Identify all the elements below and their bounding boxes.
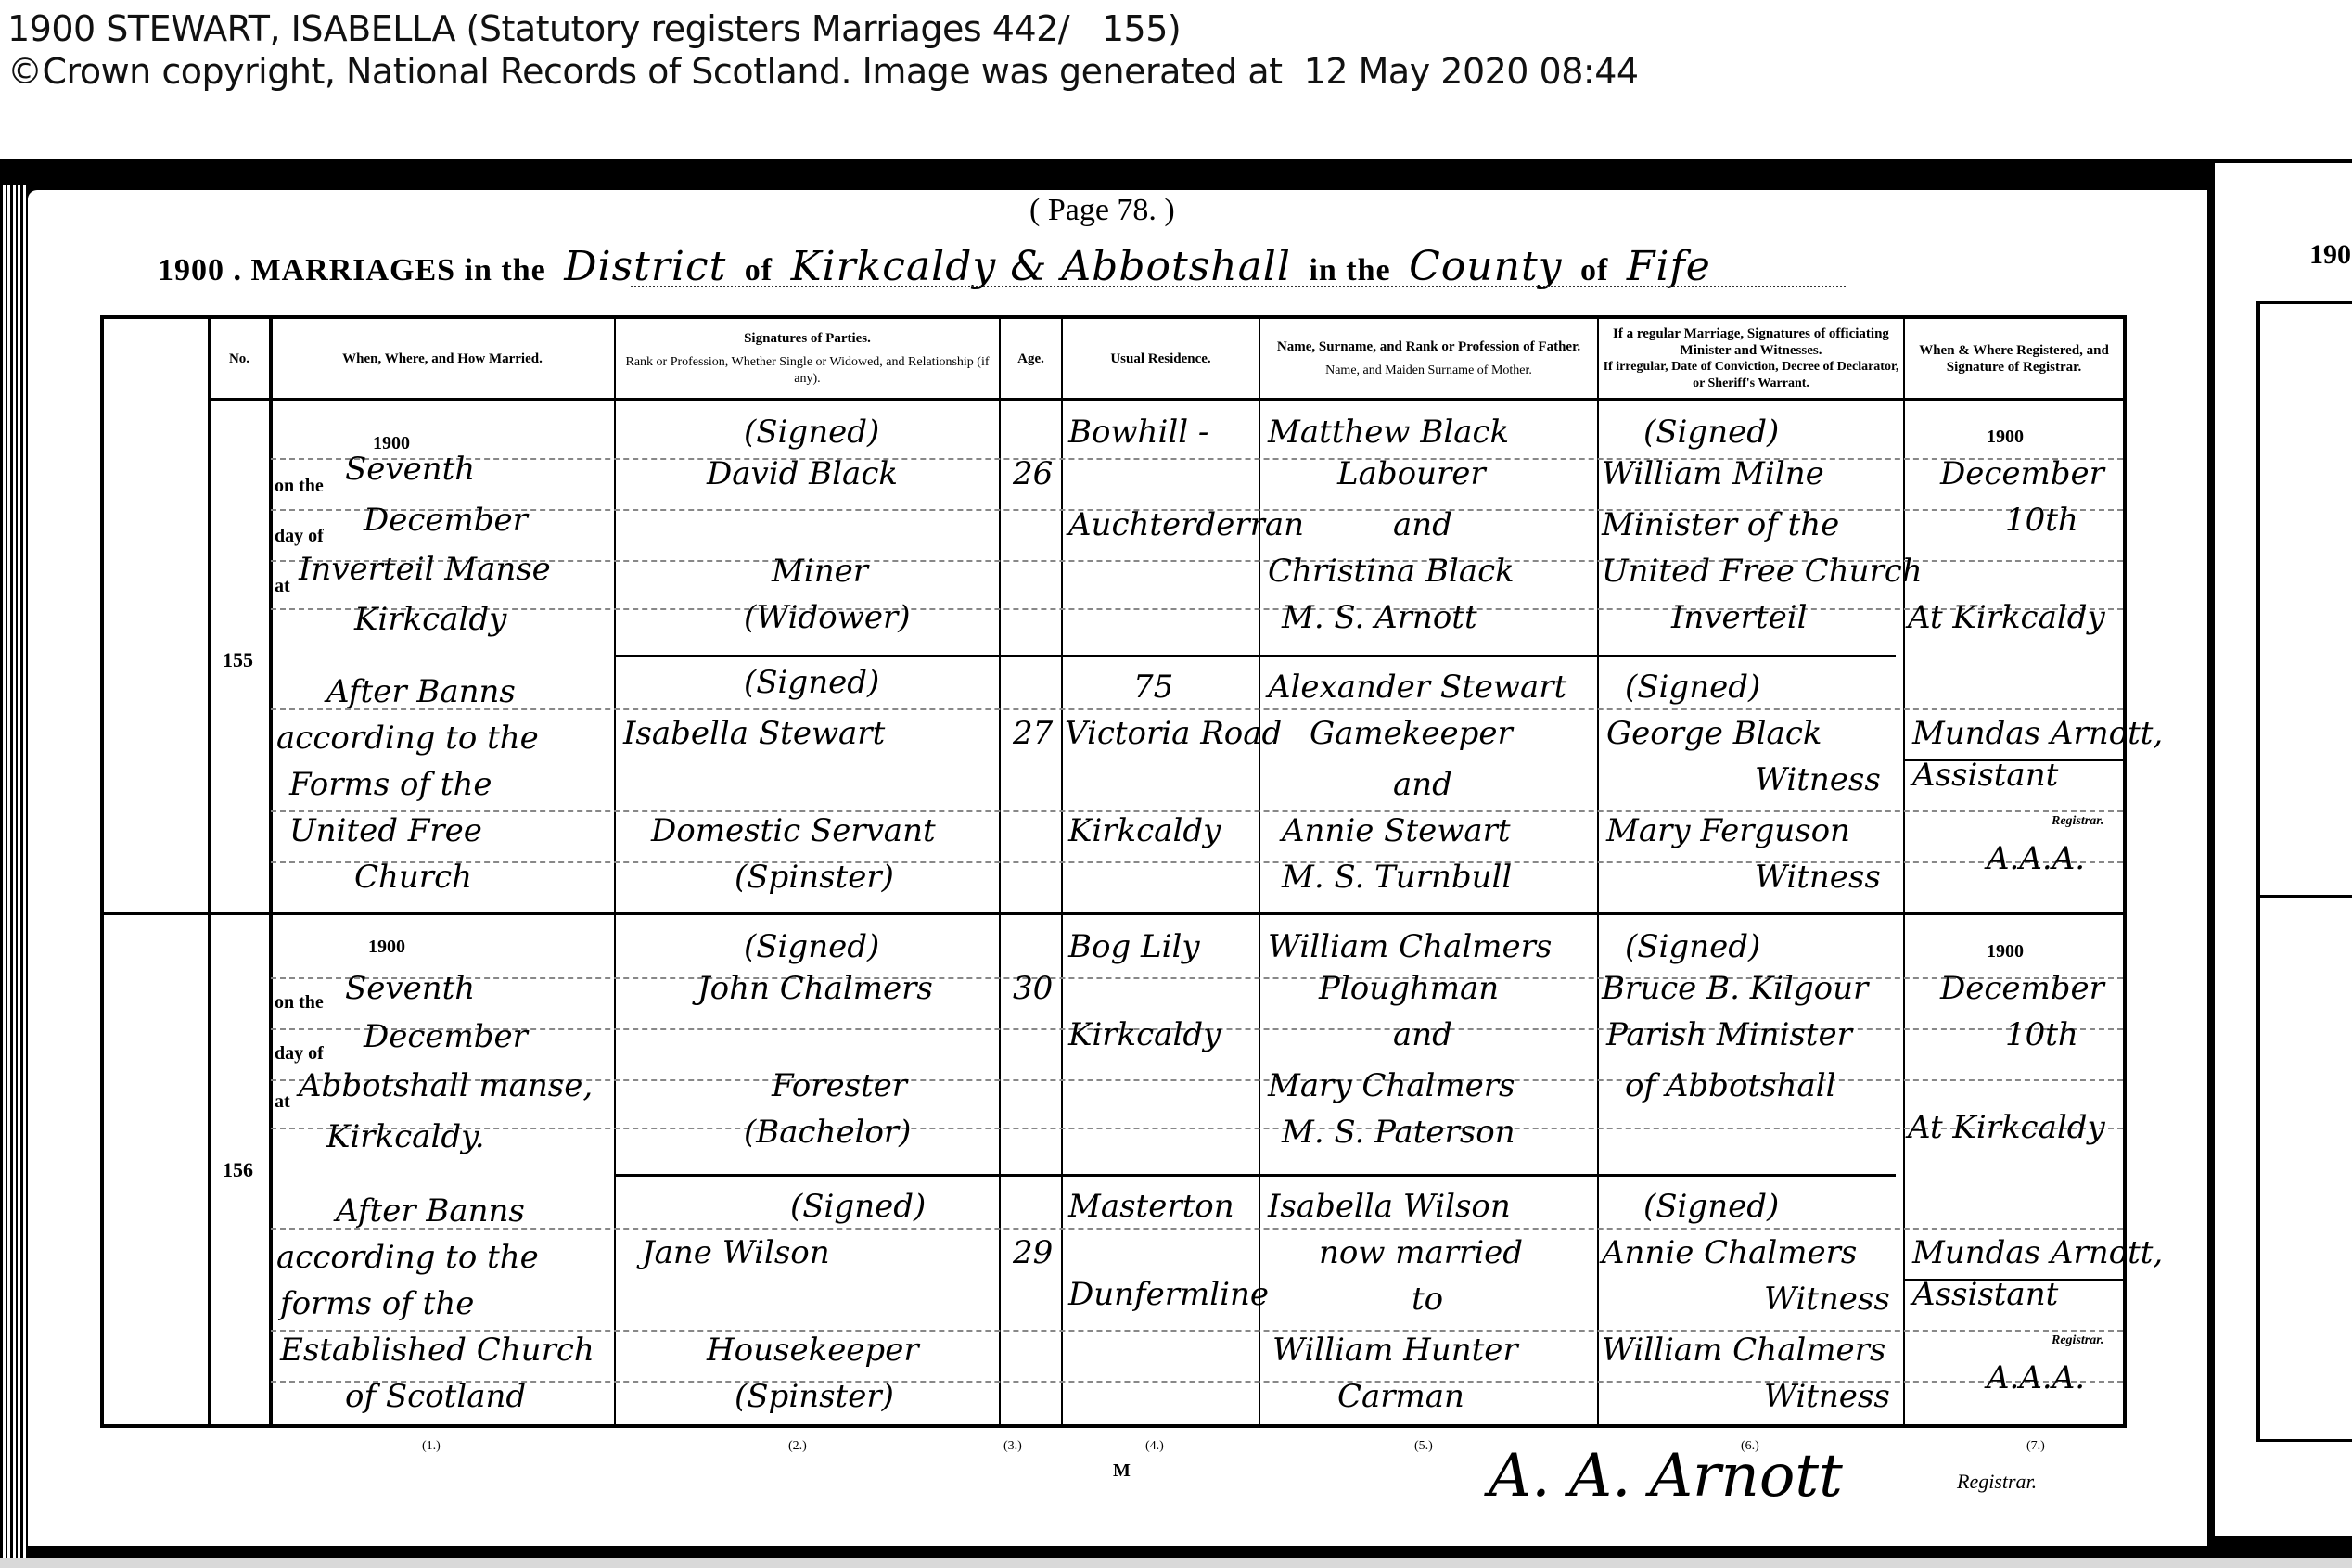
bride-residence: Kirkcaldy: [1068, 810, 1221, 851]
registered-day: 10th: [2005, 500, 2078, 541]
header-label: When & Where Registered, and Signature o…: [1909, 342, 2119, 376]
at-label: at: [275, 566, 290, 606]
groom-mother-maiden: M. S. Paterson: [1282, 1112, 1515, 1153]
col-rule: [1597, 319, 1599, 1424]
entry-number: 156: [223, 1158, 253, 1182]
header-sublabel: If irregular, Date of Conviction, Decree…: [1603, 359, 1899, 392]
header-parents: Name, Surname, and Rank or Profession of…: [1260, 319, 1597, 398]
title-of-county: of: [1580, 253, 1608, 287]
registrar-role: Assistant: [1912, 755, 2058, 796]
county-name: Fife: [1627, 243, 1711, 290]
header-label: No.: [229, 351, 249, 367]
registrar-name: Mundas Arnott,: [1912, 1232, 2163, 1273]
marriage-month: December: [364, 500, 528, 541]
bride-mother-maiden: Carman: [1337, 1376, 1464, 1417]
bride-mother: Annie Stewart: [1282, 810, 1511, 851]
on-the-label: on the: [275, 465, 324, 506]
party-divider: [614, 1174, 1896, 1177]
witness-name: George Black: [1606, 713, 1822, 754]
header-label: If a regular Marriage, Signatures of off…: [1603, 325, 1899, 359]
registrar-initials: A.A.A.: [1987, 1358, 2085, 1398]
bride-father-occupation: Gamekeeper: [1310, 713, 1513, 754]
register-year: 1900 .: [158, 253, 242, 287]
facing-page-year: 190: [2309, 239, 2351, 271]
title-in-the: in the: [1309, 253, 1390, 287]
entry-divider: [104, 912, 2123, 915]
minister-role: Minister of the: [1602, 504, 1839, 545]
party-divider: [614, 655, 1896, 657]
registered-month: December: [1940, 968, 2104, 1009]
marriage-day: Seventh: [345, 968, 475, 1009]
minister-role: Inverteil: [1671, 597, 1807, 638]
ruled-line: [271, 608, 2123, 610]
facing-page-divider: [2259, 895, 2352, 898]
header-minister: If a regular Marriage, Signatures of off…: [1599, 319, 1903, 398]
marriage-town: Kirkcaldy: [354, 599, 506, 640]
col-rule: [614, 319, 616, 1424]
witness-name: William Chalmers: [1602, 1330, 1885, 1370]
header-label: Usual Residence.: [1110, 351, 1210, 367]
registrar-signature: A. A. Arnott: [1489, 1442, 1843, 1511]
marriage-how: After Banns: [336, 1191, 525, 1231]
groom-mother: Christina Black: [1268, 551, 1515, 592]
groom-residence: Bog Lily: [1068, 926, 1200, 967]
caption-copyright: ©Crown copyright, National Records of Sc…: [7, 50, 1639, 93]
bride-age: 29: [1013, 1232, 1053, 1273]
bride-name: Jane Wilson: [642, 1232, 830, 1273]
viewer-bottom-bar: [0, 1558, 2352, 1568]
minister-signed: (Signed): [1643, 412, 1779, 453]
col-rule: [1061, 319, 1063, 1424]
registered-place: At Kirkcaldy: [1908, 1107, 2105, 1148]
header-label: When, Where, and How Married.: [342, 351, 543, 367]
county-label: County: [1409, 243, 1562, 290]
bride-residence: 75: [1133, 667, 1173, 708]
ruled-line: [271, 1228, 2123, 1230]
registrar-name: Mundas Arnott,: [1912, 713, 2163, 754]
parents-and: and: [1393, 764, 1452, 805]
title-prefix: MARRIAGES in the: [251, 253, 546, 287]
register-title: 1900 . MARRIAGES in the District of Kirk…: [158, 243, 1720, 290]
registered-place: At Kirkcaldy: [1908, 597, 2105, 638]
header-registered: When & Where Registered, and Signature o…: [1905, 319, 2123, 398]
ruled-line: [271, 458, 2123, 460]
col-rule: [208, 319, 211, 1424]
groom-age: 26: [1013, 453, 1053, 494]
column-number: (3.): [1003, 1439, 1022, 1454]
bride-residence: Masterton: [1068, 1186, 1234, 1227]
bride-residence: Victoria Road: [1065, 713, 1282, 754]
footer-mark: M: [1113, 1460, 1131, 1482]
minister-role: Parish Minister: [1606, 1014, 1852, 1055]
marriage-place: Inverteil Manse: [299, 549, 551, 590]
registrar-initials: A.A.A.: [1987, 838, 2085, 879]
groom-residence: Auchterderran: [1068, 504, 1304, 545]
registered-year: 1900: [1987, 931, 2024, 972]
header-label: Signatures of Parties.: [744, 330, 871, 347]
groom-occupation: Miner: [772, 551, 868, 592]
groom-signed: (Signed): [744, 926, 879, 967]
parents-and: and: [1393, 504, 1452, 545]
groom-status: (Widower): [744, 597, 910, 638]
column-number: (2.): [788, 1439, 807, 1454]
header-no: No.: [210, 319, 269, 398]
groom-father: Matthew Black: [1268, 412, 1509, 453]
minister-name: William Milne: [1602, 453, 1824, 494]
header-age: Age.: [1001, 319, 1061, 398]
registrar-role: Assistant: [1912, 1274, 2058, 1315]
registered-month: December: [1940, 453, 2104, 494]
marriage-register-table: No. When, Where, and How Married. Signat…: [100, 315, 2127, 1428]
groom-residence: Bowhill -: [1068, 412, 1208, 453]
caption-title: 1900 STEWART, ISABELLA (Statutory regist…: [7, 7, 1639, 50]
groom-residence: Kirkcaldy: [1068, 1014, 1221, 1055]
title-of: of: [745, 253, 773, 287]
marriage-how: Forms of the: [289, 764, 492, 805]
entry-year: 1900: [368, 926, 405, 967]
header-sublabel: Rank or Profession, Whether Single or Wi…: [620, 354, 995, 388]
minister-signed: (Signed): [1625, 926, 1760, 967]
header-when-where: When, Where, and How Married.: [271, 319, 614, 398]
marriage-how: of Scotland: [345, 1376, 526, 1417]
marriage-how: United Free: [289, 810, 482, 851]
minister-role: United Free Church: [1602, 551, 1923, 592]
header-rule: [208, 398, 2123, 401]
column-number: (4.): [1145, 1439, 1164, 1454]
bride-father: Alexander Stewart: [1268, 667, 1566, 708]
header-sublabel: Name, and Maiden Surname of Mother.: [1325, 363, 1532, 379]
witness-label: Witness: [1764, 1376, 1890, 1417]
on-the-label: on the: [275, 982, 324, 1023]
witness-name: Mary Ferguson: [1606, 810, 1850, 851]
ruled-line: [271, 708, 2123, 710]
witness-label: Witness: [1755, 857, 1881, 898]
marriage-how: forms of the: [280, 1283, 474, 1324]
ruled-line: [271, 1128, 2123, 1129]
registrar-label: Registrar.: [2052, 801, 2103, 842]
parents-and: and: [1393, 1014, 1452, 1055]
groom-occupation: Forester: [772, 1065, 907, 1106]
registrar-footer-label: Registrar.: [1957, 1470, 2037, 1494]
marriage-month: December: [364, 1016, 528, 1057]
groom-father-occupation: Labourer: [1337, 453, 1486, 494]
witness-signed: (Signed): [1643, 1186, 1779, 1227]
marriage-how: Church: [354, 857, 472, 898]
district-label: District: [564, 243, 726, 290]
column-number: (7.): [2026, 1439, 2045, 1454]
groom-father-occupation: Ploughman: [1319, 968, 1499, 1009]
image-caption: 1900 STEWART, ISABELLA (Statutory regist…: [7, 7, 1639, 93]
groom-age: 30: [1013, 968, 1053, 1009]
col-rule: [1259, 319, 1260, 1424]
groom-signed: (Signed): [744, 412, 879, 453]
entry-number: 155: [223, 648, 253, 672]
header-signatures: Signatures of Parties. Rank or Professio…: [616, 319, 999, 398]
groom-status: (Bachelor): [744, 1112, 911, 1153]
bride-father-occupation: now married: [1319, 1232, 1523, 1273]
col-rule: [1903, 319, 1905, 1424]
groom-name: David Black: [707, 453, 898, 494]
registrar-label: Registrar.: [2052, 1320, 2103, 1361]
header-label: Age.: [1017, 351, 1044, 367]
header-label: Name, Surname, and Rank or Profession of…: [1277, 338, 1580, 355]
bride-signed: (Signed): [744, 662, 879, 703]
minister-name: Bruce B. Kilgour: [1602, 968, 1868, 1009]
marriage-how: according to the: [276, 718, 539, 759]
title-underline: [631, 286, 1846, 287]
header-residence: Usual Residence.: [1063, 319, 1259, 398]
witness-name: Annie Chalmers: [1602, 1232, 1857, 1273]
facing-page-table: [2256, 301, 2352, 1442]
groom-name: John Chalmers: [697, 968, 933, 1009]
marriage-day: Seventh: [345, 449, 475, 490]
bride-father: Isabella Wilson: [1268, 1186, 1511, 1227]
registered-day: 10th: [2005, 1014, 2078, 1055]
at-label: at: [275, 1081, 290, 1122]
district-name: Kirkcaldy & Abbotshall: [791, 243, 1291, 290]
bride-occupation: Housekeeper: [707, 1330, 919, 1370]
col-rule: [999, 319, 1001, 1424]
groom-mother-maiden: M. S. Arnott: [1282, 597, 1477, 638]
witness-label: Witness: [1755, 759, 1881, 800]
bride-name: Isabella Stewart: [623, 713, 885, 754]
column-number: (5.): [1414, 1439, 1433, 1454]
book-binding: [0, 185, 26, 1558]
minister-role: of Abbotshall: [1625, 1065, 1835, 1106]
marriage-town: Kirkcaldy.: [326, 1116, 485, 1157]
bride-mother: William Hunter: [1272, 1330, 1518, 1370]
col-rule: [269, 319, 273, 1424]
bride-residence: Dunfermline: [1068, 1274, 1269, 1315]
marriage-how: according to the: [276, 1237, 539, 1278]
bride-signed: (Signed): [790, 1186, 926, 1227]
bride-status: (Spinster): [735, 857, 894, 898]
marriage-how: After Banns: [326, 671, 516, 712]
bride-mother-maiden: M. S. Turnbull: [1282, 857, 1512, 898]
parents-and: to: [1412, 1279, 1443, 1319]
page-number: ( Page 78. ): [1029, 193, 1175, 228]
marriage-how: Established Church: [280, 1330, 594, 1370]
column-number: (1.): [422, 1439, 441, 1454]
bride-status: (Spinster): [735, 1376, 894, 1417]
registered-year: 1900: [1987, 416, 2024, 457]
groom-mother: Mary Chalmers: [1268, 1065, 1515, 1106]
marriage-place: Abbotshall manse,: [299, 1065, 593, 1106]
bride-age: 27: [1013, 713, 1053, 754]
witness-label: Witness: [1764, 1279, 1890, 1319]
groom-father: William Chalmers: [1268, 926, 1552, 967]
witness-signed: (Signed): [1625, 667, 1760, 708]
bride-occupation: Domestic Servant: [651, 810, 936, 851]
